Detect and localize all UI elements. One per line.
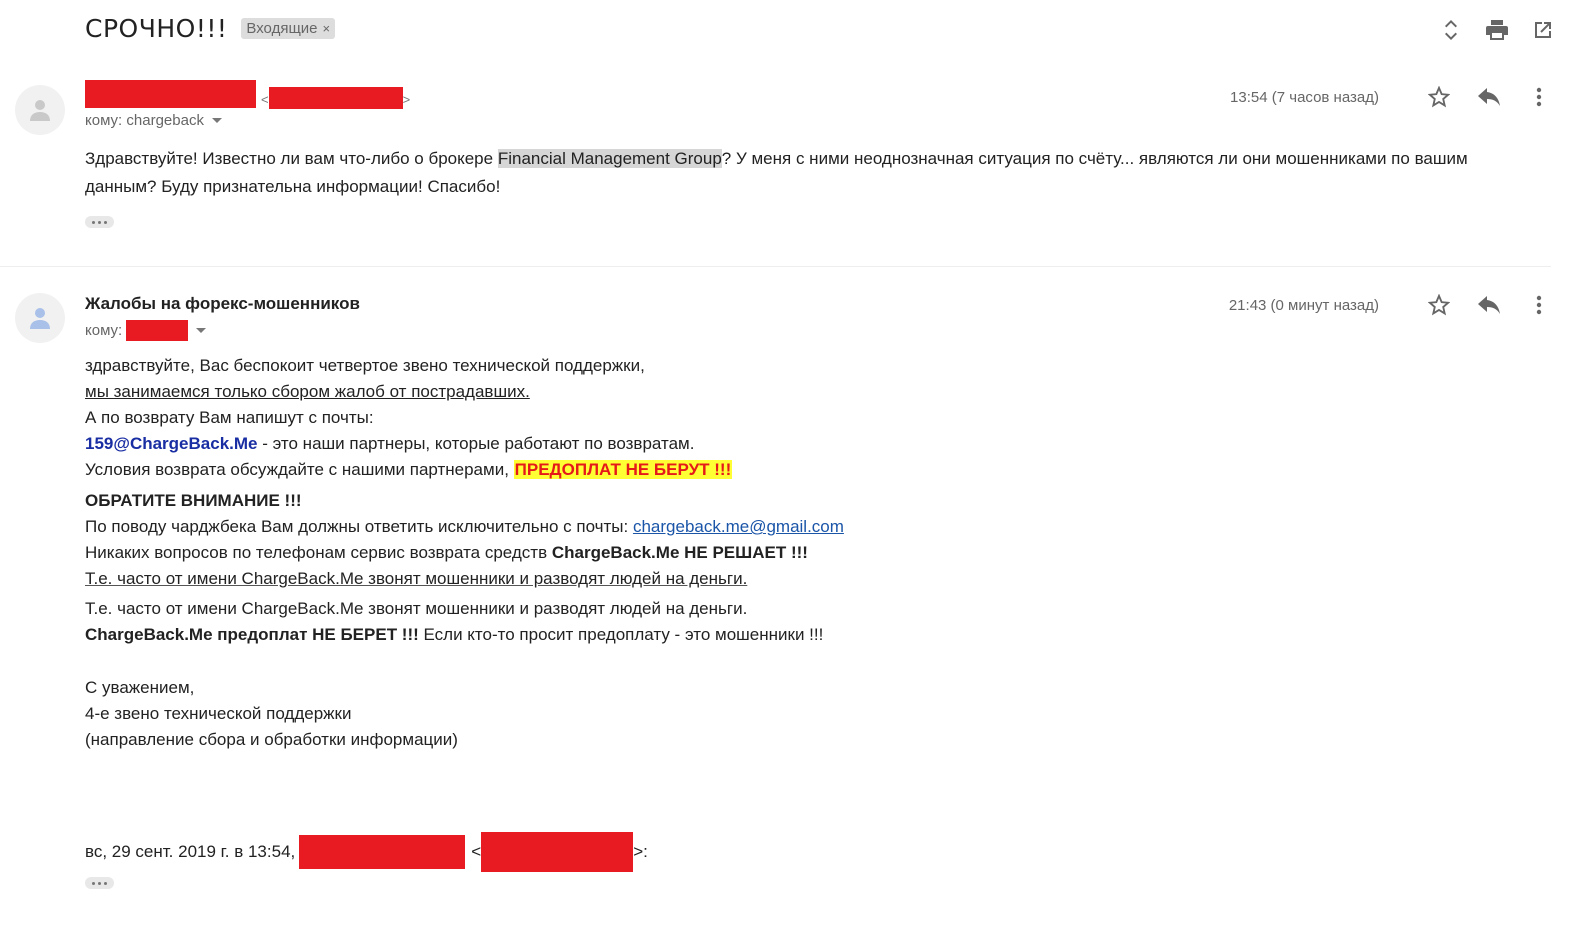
- message-meta: 13:54 (7 часов назад): [1230, 85, 1551, 109]
- body-line-bold: ОБРАТИТЕ ВНИМАНИЕ !!!: [85, 488, 844, 514]
- expand-collapse-icon[interactable]: [1439, 18, 1463, 42]
- body-line-overlapped: Т.е. часто от имени ChargeBack.Me звонят…: [85, 566, 844, 592]
- more-options-icon[interactable]: [1527, 293, 1551, 317]
- label-inbox-text: Входящие: [246, 20, 317, 37]
- signature: С уважением, 4-е звено технической подде…: [85, 675, 458, 753]
- sender-name-redacted: [85, 80, 256, 108]
- subject-title: СРОЧНО!!!: [85, 14, 227, 43]
- star-icon[interactable]: [1427, 85, 1451, 109]
- thread-actions: [1439, 18, 1555, 42]
- recipient-name: chargeback: [126, 112, 204, 129]
- reply-icon[interactable]: [1477, 85, 1501, 109]
- body-line: Условия возврата обсуждайте с нашими пар…: [85, 457, 844, 483]
- show-trimmed-content-button[interactable]: [85, 216, 114, 228]
- sender-avatar[interactable]: [15, 293, 65, 343]
- recipient-prefix: кому:: [85, 322, 122, 339]
- quote-header: вс, 29 сент. 2019 г. в 13:54, < >:: [85, 832, 648, 872]
- body-line: ChargeBack.Me предоплат НЕ БЕРЕТ !!! Есл…: [85, 622, 844, 648]
- recipient-redacted: [126, 320, 188, 341]
- message-divider: [0, 266, 1551, 267]
- recipient-prefix: кому:: [85, 112, 122, 129]
- recipient-details-caret-icon[interactable]: [212, 118, 222, 123]
- message-meta: 21:43 (0 минут назад): [1229, 293, 1551, 317]
- remove-label-icon[interactable]: ×: [323, 21, 331, 36]
- reply-icon[interactable]: [1477, 293, 1501, 317]
- message-body: Здравствуйте! Известно ли вам что-либо о…: [85, 145, 1535, 201]
- recipient-line: кому: chargeback: [85, 112, 222, 129]
- body-line: По поводу чарджбека Вам должны ответить …: [85, 514, 844, 540]
- sender-avatar[interactable]: [15, 85, 65, 135]
- signature-line: 4-е звено технической поддержки: [85, 701, 458, 727]
- highlighted-broker-name: Financial Management Group: [498, 149, 722, 168]
- person-icon: [29, 98, 51, 122]
- more-options-icon[interactable]: [1527, 85, 1551, 109]
- person-icon: [29, 306, 51, 330]
- sender-row: < >: [85, 79, 410, 109]
- message-timestamp: 21:43 (0 минут назад): [1229, 297, 1379, 314]
- sender-name: Жалобы на форекс-мошенников: [85, 294, 360, 314]
- quoted-sender-name-redacted: [299, 835, 465, 869]
- signature-line: С уважением,: [85, 675, 458, 701]
- recipient-line: кому:: [85, 320, 206, 341]
- signature-line: (направление сбора и обработки информаци…: [85, 727, 458, 753]
- sender-email-redacted: [269, 87, 403, 109]
- body-line: Т.е. часто от имени ChargeBack.Me звонят…: [85, 596, 844, 622]
- message-timestamp: 13:54 (7 часов назад): [1230, 89, 1379, 106]
- body-line-underlined: мы занимаемся только сбором жалоб от пос…: [85, 379, 844, 405]
- sender-row: Жалобы на форекс-мошенников: [85, 294, 360, 314]
- recipient-details-caret-icon[interactable]: [196, 328, 206, 333]
- quoted-sender-email-redacted: [481, 832, 633, 872]
- warning-highlight: ПРЕДОПЛАТ НЕ БЕРУТ !!!: [514, 460, 733, 479]
- thread-header: СРОЧНО!!! Входящие ×: [85, 14, 335, 43]
- email-link[interactable]: chargeback.me@gmail.com: [633, 517, 844, 536]
- print-icon[interactable]: [1485, 18, 1509, 42]
- label-inbox-chip[interactable]: Входящие ×: [241, 18, 335, 39]
- body-line: здравствуйте, Вас беспокоит четвертое зв…: [85, 353, 844, 379]
- partner-email: 159@ChargeBack.Me: [85, 434, 258, 453]
- show-trimmed-content-button[interactable]: [85, 877, 114, 889]
- body-line: Никаких вопросов по телефонам сервис воз…: [85, 540, 844, 566]
- open-in-new-icon[interactable]: [1531, 18, 1555, 42]
- star-icon[interactable]: [1427, 293, 1451, 317]
- message-body: здравствуйте, Вас беспокоит четвертое зв…: [85, 353, 844, 648]
- body-line: 159@ChargeBack.Me - это наши партнеры, к…: [85, 431, 844, 457]
- body-line: А по возврату Вам напишут с почты:: [85, 405, 844, 431]
